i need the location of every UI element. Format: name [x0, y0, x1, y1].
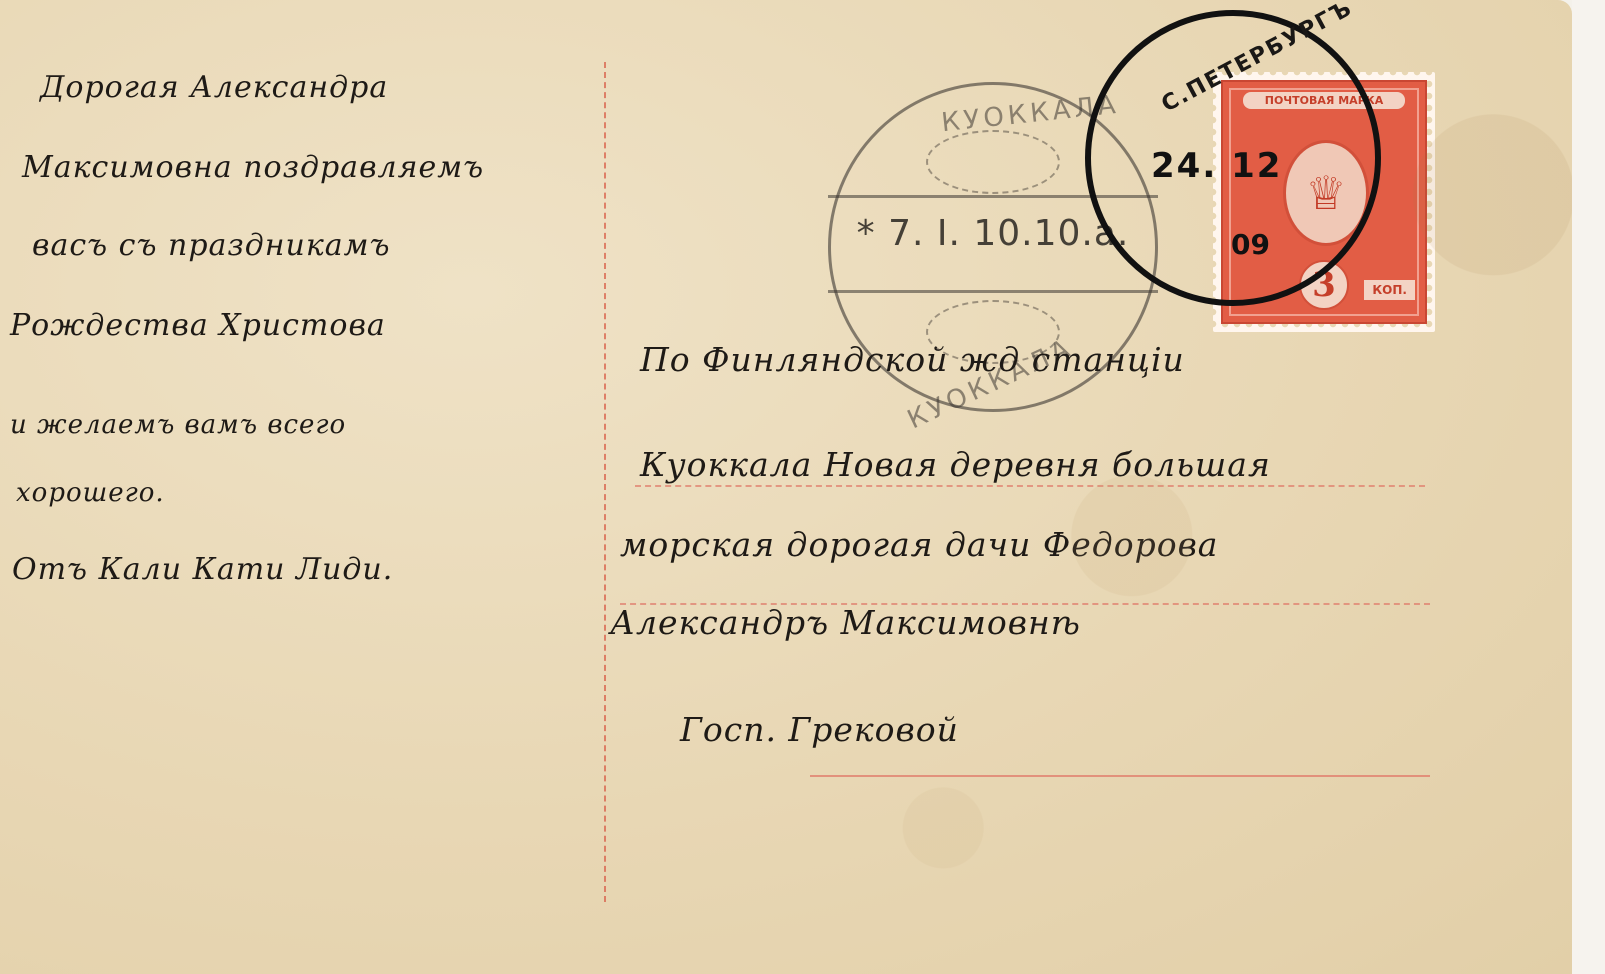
address-line: По Финляндской жд станціи	[640, 340, 1185, 379]
postmark-date: 24. 12	[1151, 146, 1282, 186]
address-line: морская дорогая дачи Федорова	[620, 525, 1218, 564]
black-postmark: С.ПЕТЕРБУРГЪ 24. 12 09	[1085, 10, 1381, 306]
postmark-year: 09	[1231, 228, 1270, 261]
postcard-back: Дорогая Александра Максимовна поздравляе…	[0, 0, 1572, 974]
address-recipient: Александръ Максимовнѣ	[610, 603, 1081, 642]
center-divider-line	[604, 62, 606, 902]
message-line: Максимовна поздравляемъ	[22, 150, 484, 185]
postmark-inner-oval	[926, 130, 1060, 194]
address-ruling-line	[810, 775, 1430, 777]
message-line: Дорогая Александра	[40, 70, 388, 105]
message-signature: Отъ Кали Кати Лиди.	[12, 552, 393, 587]
message-line: и желаемъ вамъ всего	[10, 410, 346, 440]
scan-background-edge	[1572, 0, 1605, 974]
message-line: Рождества Христова	[10, 308, 386, 343]
message-line: васъ съ праздникамъ	[32, 228, 391, 263]
address-line: Куоккала Новая деревня большая	[640, 445, 1271, 484]
stamp-unit: КОП.	[1364, 280, 1415, 300]
address-ruling-line	[635, 485, 1425, 487]
postmark-band	[828, 290, 1158, 293]
postmark-top-text: С.ПЕТЕРБУРГЪ	[1158, 0, 1358, 117]
address-recipient-surname: Госп. Грековой	[680, 710, 959, 749]
message-line: хорошего.	[16, 478, 165, 508]
